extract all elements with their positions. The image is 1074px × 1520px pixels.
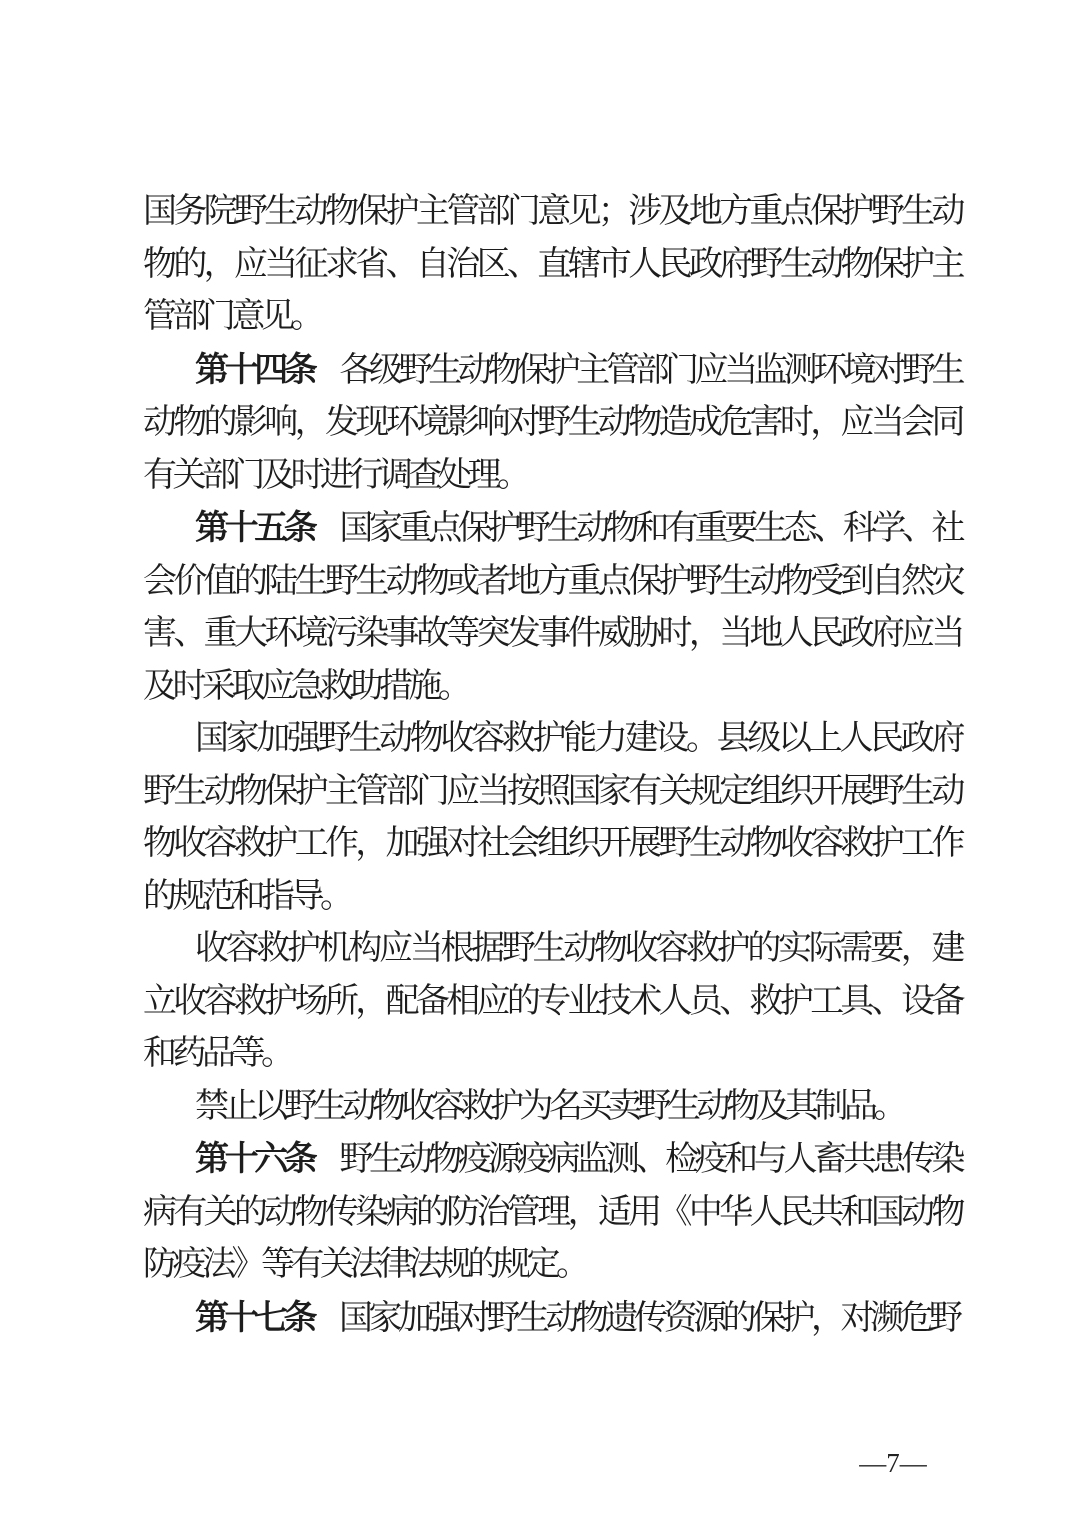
paragraph-text: 国家加强野生动物收容救护能力建设。县级以上人民政府野生动物保护主管部门应当按照国… [143,720,961,915]
paragraph-article-15: 第十五条国家重点保护野生动物和有重要生态、科学、社会价值的陆生野生动物或者地方重… [143,502,961,713]
document-body: 国务院野生动物保护主管部门意见；涉及地方重点保护野生动物的，应当征求省、自治区、… [143,186,961,1345]
paragraph-article-17: 第十七条国家加强对野生动物遗传资源的保护，对濒危野 [143,1292,961,1346]
article-number: 第十四条 [195,351,313,389]
paragraph-article-14: 第十四条各级野生动物保护主管部门应当监测环境对野生动物的影响，发现环境影响对野生… [143,344,961,503]
paragraph-continuation: 国务院野生动物保护主管部门意见；涉及地方重点保护野生动物的，应当征求省、自治区、… [143,186,961,344]
paragraph-text: 国家加强对野生动物遗传资源的保护，对濒危野 [339,1300,959,1337]
document-page: 国务院野生动物保护主管部门意见；涉及地方重点保护野生动物的，应当征求省、自治区、… [0,0,1074,1520]
page-number: —7— [848,1448,938,1479]
paragraph-article-16: 第十六条野生动物疫源疫病监测、检疫和与人畜共患传染病有关的动物传染病的防治管理，… [143,1133,961,1292]
paragraph-rescue-capacity: 国家加强野生动物收容救护能力建设。县级以上人民政府野生动物保护主管部门应当按照国… [143,713,961,923]
paragraph-text: 国务院野生动物保护主管部门意见；涉及地方重点保护野生动物的，应当征求省、自治区、… [143,193,961,335]
paragraph-prohibition: 禁止以野生动物收容救护为名买卖野生动物及其制品。 [143,1081,961,1134]
article-number: 第十七条 [195,1299,313,1337]
paragraph-text: 收容救护机构应当根据野生动物收容救护的实际需要，建立收容救护场所，配备相应的专业… [143,930,961,1072]
article-number: 第十五条 [195,509,313,547]
article-number: 第十六条 [195,1140,313,1178]
paragraph-text: 禁止以野生动物收容救护为名买卖野生动物及其制品。 [195,1088,903,1125]
paragraph-rescue-institutions: 收容救护机构应当根据野生动物收容救护的实际需要，建立收容救护场所，配备相应的专业… [143,923,961,1081]
